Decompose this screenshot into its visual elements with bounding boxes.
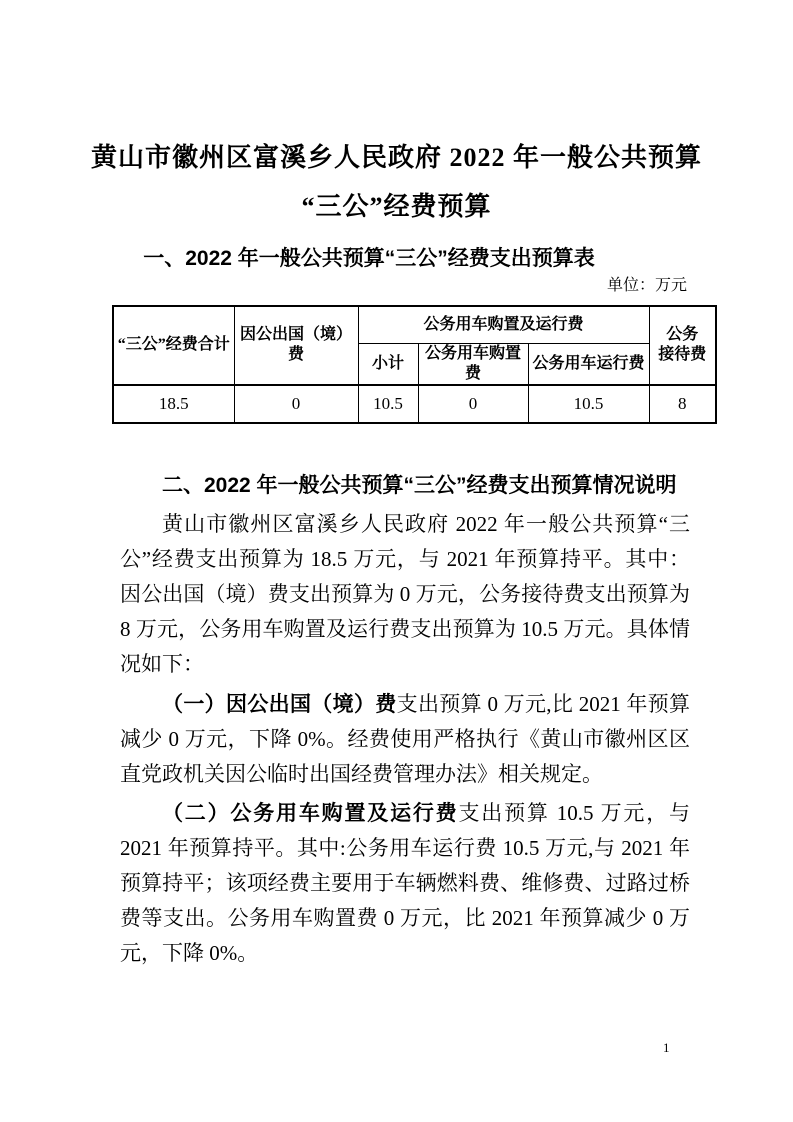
table-header-row-1: “三公”经费合计 因公出国（境）费 公务用车购置及运行费 公务 接待费 (113, 306, 716, 343)
col-header-purchase: 公务用车购置费 (418, 343, 528, 385)
value-operation-cell: 10.5 (528, 385, 649, 423)
col-header-reception-line1: 公务 (652, 325, 714, 345)
title-line-1: 黄山市徽州区富溪乡人民政府 2022 年一般公共预算 (40, 133, 753, 182)
section2-heading: 二、2022 年一般公共预算“三公”经费支出预算情况说明 (120, 468, 690, 503)
paragraph-abroad-lead: （一）因公出国（境）费 (162, 692, 397, 716)
value-reception-cell: 8 (649, 385, 716, 423)
col-header-vehicle-group: 公务用车购置及运行费 (358, 306, 649, 343)
value-total-cell: 18.5 (113, 385, 234, 423)
col-header-abroad: 因公出国（境）费 (234, 306, 358, 385)
paragraph-vehicle: （二）公务用车购置及运行费支出预算 10.5 万元，与 2021 年预算持平。其… (120, 796, 690, 971)
unit-note: 单位：万元 (0, 275, 793, 296)
budget-table: “三公”经费合计 因公出国（境）费 公务用车购置及运行费 公务 接待费 小计 公… (112, 305, 717, 424)
paragraph-overview: 黄山市徽州区富溪乡人民政府 2022 年一般公共预算“三公”经费支出预算为 18… (120, 507, 690, 682)
document-title: 黄山市徽州区富溪乡人民政府 2022 年一般公共预算 “三公”经费预算 (40, 133, 753, 231)
value-abroad-cell: 0 (234, 385, 358, 423)
table-data-row: 18.5 0 10.5 0 10.5 8 (113, 385, 716, 423)
document-page: 黄山市徽州区富溪乡人民政府 2022 年一般公共预算 “三公”经费预算 一、20… (0, 0, 793, 1122)
col-header-total: “三公”经费合计 (113, 306, 234, 385)
section1-heading: 一、2022 年一般公共预算“三公”经费支出预算表 (0, 245, 793, 272)
col-header-operation: 公务用车运行费 (528, 343, 649, 385)
body-text: 黄山市徽州区富溪乡人民政府 2022 年一般公共预算“三公”经费支出预算为 18… (120, 507, 690, 971)
paragraph-vehicle-rest: 支出预算 10.5 万元，与 2021 年预算持平。其中:公务用车运行费 10.… (120, 801, 690, 965)
col-header-reception: 公务 接待费 (649, 306, 716, 385)
paragraph-abroad: （一）因公出国（境）费支出预算 0 万元,比 2021 年预算减少 0 万元，下… (120, 687, 690, 792)
paragraph-vehicle-lead: （二）公务用车购置及运行费 (162, 801, 459, 825)
col-header-subtotal: 小计 (358, 343, 418, 385)
value-subtotal-cell: 10.5 (358, 385, 418, 423)
value-purchase-cell: 0 (418, 385, 528, 423)
page-number: 1 (663, 1040, 670, 1056)
title-line-2: “三公”经费预算 (40, 182, 753, 231)
col-header-reception-line2: 接待费 (652, 345, 714, 365)
